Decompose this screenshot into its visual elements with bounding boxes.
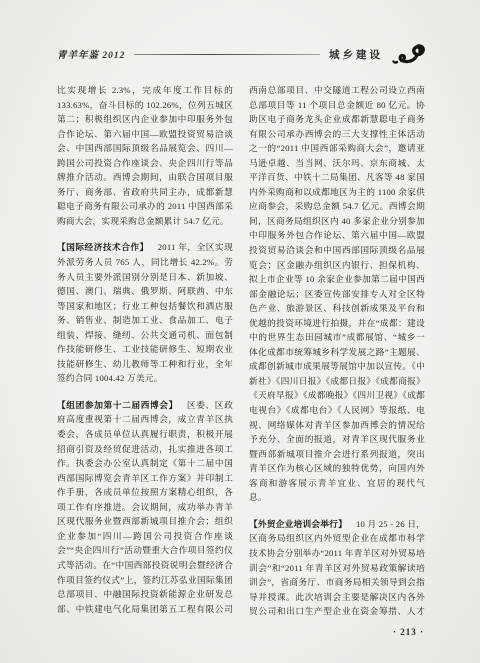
section-heading: 【外贸企业培训会举行】 — [249, 519, 356, 529]
flourish-logo-icon — [391, 42, 425, 66]
section-heading: 【组团参加第十二届西博会】 — [57, 400, 187, 410]
header-rule — [134, 54, 320, 55]
paragraph-text: 比实现增长 2.3%，完成年度工作目标的 133.63%，奋斗目标的 102.2… — [57, 85, 233, 226]
section-heading: 【国际经济技术合作】 — [57, 242, 158, 252]
article-two-column-text: 比实现增长 2.3%，完成年度工作目标的 133.63%，奋斗目标的 102.2… — [57, 83, 425, 628]
article-paragraph-continued: 比实现增长 2.3%，完成年度工作目标的 133.63%，奋斗目标的 102.2… — [57, 83, 233, 228]
running-head: 青羊年鉴 2012 城乡建设 — [57, 46, 425, 62]
paragraph-text: 2011 年，全区实现外派劳务人员 765 人，同比增长 42.2%。劳务人员主… — [57, 242, 233, 383]
column-title: 城乡建设 — [329, 47, 383, 62]
article-section: 【国际经济技术合作】2011 年，全区实现外派劳务人员 765 人，同比增长 4… — [57, 240, 233, 385]
journal-title: 青羊年鉴 2012 — [57, 47, 125, 61]
scanned-yearbook-page: 青羊年鉴 2012 城乡建设 比实现增长 2.3%，完成年度工作目标的 133.… — [0, 0, 480, 663]
page-number: · 213 · — [393, 627, 424, 637]
